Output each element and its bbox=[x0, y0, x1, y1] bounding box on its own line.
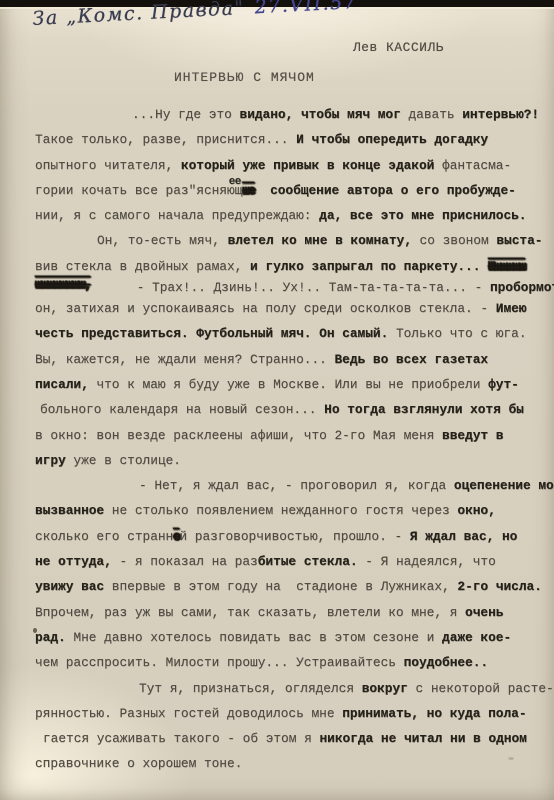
bold-typed-text: игру bbox=[35, 453, 66, 468]
text-line: опытного читателя, который уже привык в … bbox=[35, 153, 535, 178]
handwritten-note: За „Комс. Правда"27.VII.57 bbox=[32, 0, 358, 30]
text-line: сколько его странной разговорчивостью, п… bbox=[35, 524, 535, 549]
strikeout-blot: шшшшшшшш, bbox=[35, 276, 91, 293]
text-line: - Нет, я ждал вас, - проговорил я, когда… bbox=[35, 473, 535, 498]
bold-typed-text: не оттуда, bbox=[35, 554, 112, 569]
text-line: Вы, кажется, не ждали меня? Странно... В… bbox=[35, 347, 535, 372]
bold-typed-text: Имею bbox=[496, 301, 527, 316]
text-line: Он, то-есть мяч, влетел ко мне в комнату… bbox=[35, 228, 535, 253]
text-line: вив стекла в двойных рамах, и гулко запр… bbox=[35, 254, 535, 279]
bold-typed-text: Ведь во всех газетах bbox=[335, 352, 489, 367]
text-line: не оттуда, - я показал на разбитые стекл… bbox=[35, 549, 535, 574]
bold-typed-text: даже кое- bbox=[442, 630, 511, 645]
text-line: писали, что к маю я буду уже в Москве. И… bbox=[35, 372, 535, 397]
bold-typed-text: честь представиться. Футбольный мяч. Он … bbox=[35, 326, 388, 341]
bold-typed-text: поудобнее.. bbox=[404, 655, 488, 670]
bold-typed-text: 2-го числа. bbox=[457, 579, 541, 594]
bold-typed-text: никогда не читал ни в одном bbox=[319, 731, 526, 746]
strikeout-blot: ше bbox=[242, 183, 254, 198]
text-line: ...Ну где это видано, чтобы мяч мог дава… bbox=[35, 102, 535, 127]
bold-typed-text: вызванное bbox=[35, 503, 104, 518]
bold-typed-text: увижу вас bbox=[35, 579, 104, 594]
text-line: в окно: вон везде расклеены афиши, что 2… bbox=[35, 423, 535, 448]
bold-typed-text: принимать, но куда пола- bbox=[342, 706, 526, 721]
text-line: игру уже в столице. bbox=[35, 448, 535, 473]
text-line: рянностью. Разных гостей доводилось мне … bbox=[35, 701, 535, 726]
bold-typed-text: да, все это мне приснилось. bbox=[319, 208, 526, 223]
text-line: увижу вас впервые в этом году на стадион… bbox=[35, 574, 535, 599]
text-line: нии, я с самого начала предупреждаю: да,… bbox=[35, 203, 535, 228]
bold-typed-text: битые стекла. bbox=[258, 554, 358, 569]
text-line: Впрочем, раз уж вы сами, так сказать, вл… bbox=[35, 600, 535, 625]
bold-typed-text: сообщение автора о его пробужде- bbox=[270, 183, 516, 198]
author-name: Лев КАССИЛЬ bbox=[353, 40, 444, 55]
bold-typed-text: пробормотал bbox=[490, 280, 554, 295]
bold-typed-text: рад. bbox=[35, 630, 66, 645]
bold-typed-text: И чтобы опередить догадку bbox=[296, 132, 488, 147]
bold-typed-text: видано, чтобы мяч мог bbox=[240, 107, 401, 122]
document-title: ИНТЕРВЬЮ С МЯЧОМ bbox=[174, 70, 315, 85]
paper-speck bbox=[33, 628, 37, 633]
bold-typed-text: Я ждал вас, но bbox=[410, 529, 518, 544]
bold-typed-text: фут- bbox=[488, 377, 519, 392]
bold-typed-text: вокруг bbox=[362, 681, 408, 696]
bold-typed-text: выста- bbox=[496, 233, 542, 248]
bold-typed-text: влетел ко мне в комнату, bbox=[228, 233, 412, 248]
text-line: шшшшшшшш, - Трах!.. Дзинь!.. Ух!.. Там-т… bbox=[35, 279, 535, 296]
text-line: Тут я, признаться, огляделся вокруг с не… bbox=[35, 676, 535, 701]
bold-typed-text: интервью?! bbox=[462, 107, 539, 122]
bold-typed-text: который уже привык в конце эдакой bbox=[181, 158, 434, 173]
text-line: гается усаживать такого - об этом я нико… bbox=[35, 726, 535, 751]
bold-typed-text: писали, bbox=[35, 377, 89, 392]
text-line: рад. Мне давно хотелось повидать вас в э… bbox=[35, 625, 535, 650]
text-line: он, затихая и успокаиваясь на полу среди… bbox=[35, 296, 535, 321]
bold-typed-text: введут в bbox=[442, 428, 503, 443]
strikeout-blot: о bbox=[173, 529, 179, 544]
text-line: чем расспросить. Милости прошу... Устраи… bbox=[35, 650, 535, 675]
text-line: вызванное не столько появлением нежданно… bbox=[35, 498, 535, 523]
text-line: честь представиться. Футбольный мяч. Он … bbox=[35, 321, 535, 346]
paper-speck bbox=[508, 757, 514, 760]
bold-typed-text: очень bbox=[465, 605, 503, 620]
text-line: гории кочать все раз"ясняющшеее сообщени… bbox=[35, 178, 535, 203]
bold-typed-text: окно, bbox=[457, 503, 495, 518]
typescript-body: ...Ну где это видано, чтобы мяч мог дава… bbox=[35, 102, 535, 777]
text-line: справочнике о хорошем тоне. bbox=[35, 751, 535, 776]
bold-typed-text: Но тогда взглянули хотя бы bbox=[324, 402, 524, 417]
strikeout-blot: Шшшшшш bbox=[488, 259, 525, 274]
text-line: Такое только, разве, приснится... И чтоб… bbox=[35, 127, 535, 152]
handwritten-note-date: 27.VII.57 bbox=[254, 0, 358, 18]
bold-typed-text: оцепенение мое, bbox=[454, 478, 554, 493]
text-line: больного календаря на новый сезон... Но … bbox=[35, 397, 535, 422]
bold-typed-text: и гулко запрыгал по паркету... bbox=[250, 259, 480, 274]
scanned-typescript-page: За „Комс. Правда"27.VII.57 Лев КАССИЛЬ И… bbox=[0, 0, 554, 800]
